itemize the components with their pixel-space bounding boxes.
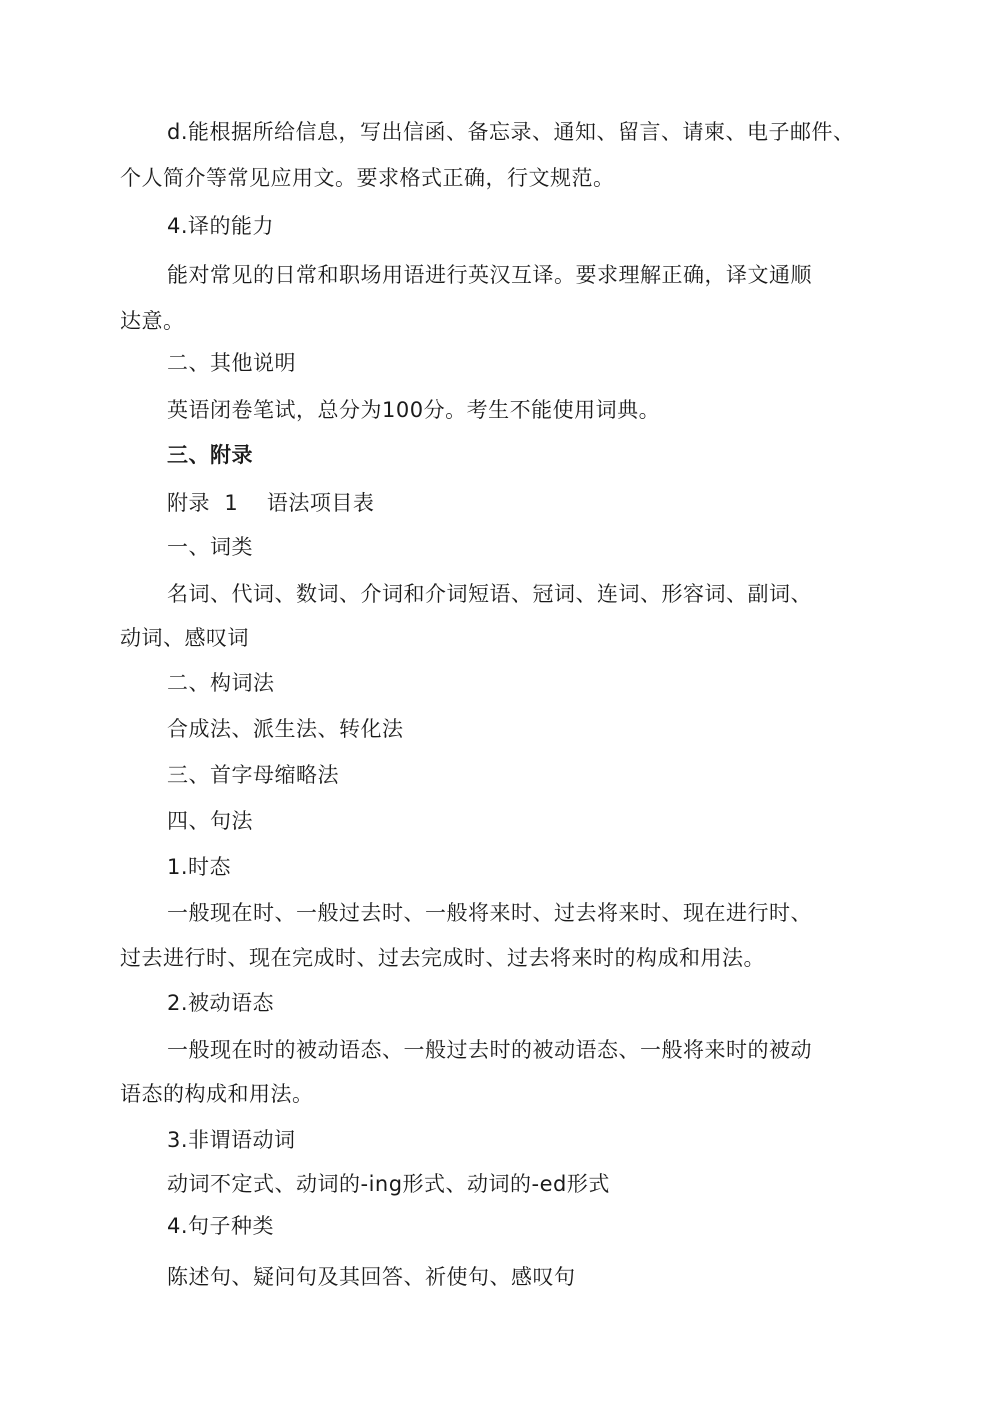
heading-appendix-1: 附录 1 语法项目表 — [167, 489, 374, 517]
paragraph-exam-info: 英语闭卷笔试，总分为100分。考生不能使用词典。 — [167, 396, 660, 424]
paragraph-word-class-line1: 名词、代词、数词、介词和介词短语、冠词、连词、形容词、副词、 — [167, 580, 812, 608]
paragraph-word-formation: 合成法、派生法、转化法 — [167, 715, 404, 743]
paragraph-writing-line2: 个人简介等常见应用文。要求格式正确，行文规范。 — [120, 164, 615, 192]
paragraph-word-class-line2: 动词、感叹词 — [120, 624, 249, 652]
document-page: d.能根据所给信息，写出信函、备忘录、通知、留言、请柬、电子邮件、 个人简介等常… — [0, 0, 1000, 1414]
heading-acronym: 三、首字母缩略法 — [167, 761, 339, 789]
paragraph-sentence-types: 陈述句、疑问句及其回答、祈使句、感叹句 — [167, 1263, 576, 1291]
heading-translation-ability: 4.译的能力 — [167, 212, 274, 240]
heading-appendix: 三、附录 — [167, 441, 253, 469]
heading-passive-voice: 2.被动语态 — [167, 989, 274, 1017]
heading-word-formation: 二、构词法 — [167, 669, 275, 697]
paragraph-non-finite-verbs: 动词不定式、动词的-ing形式、动词的-ed形式 — [167, 1170, 610, 1198]
paragraph-passive-line1: 一般现在时的被动语态、一般过去时的被动语态、一般将来时的被动 — [167, 1036, 812, 1064]
paragraph-translation-line1: 能对常见的日常和职场用语进行英汉互译。要求理解正确，译文通顺 — [167, 261, 812, 289]
paragraph-tense-line2: 过去进行时、现在完成时、过去完成时、过去将来时的构成和用法。 — [120, 944, 765, 972]
paragraph-writing-line1: d.能根据所给信息，写出信函、备忘录、通知、留言、请柬、电子邮件、 — [167, 118, 855, 146]
heading-word-class: 一、词类 — [167, 533, 253, 561]
heading-other-notes: 二、其他说明 — [167, 349, 296, 377]
heading-syntax: 四、句法 — [167, 807, 253, 835]
heading-non-finite-verbs: 3.非谓语动词 — [167, 1126, 296, 1154]
heading-tense: 1.时态 — [167, 853, 231, 881]
heading-sentence-types: 4.句子种类 — [167, 1212, 274, 1240]
paragraph-passive-line2: 语态的构成和用法。 — [120, 1080, 314, 1108]
paragraph-translation-line2: 达意。 — [120, 307, 185, 335]
paragraph-tense-line1: 一般现在时、一般过去时、一般将来时、过去将来时、现在进行时、 — [167, 899, 812, 927]
